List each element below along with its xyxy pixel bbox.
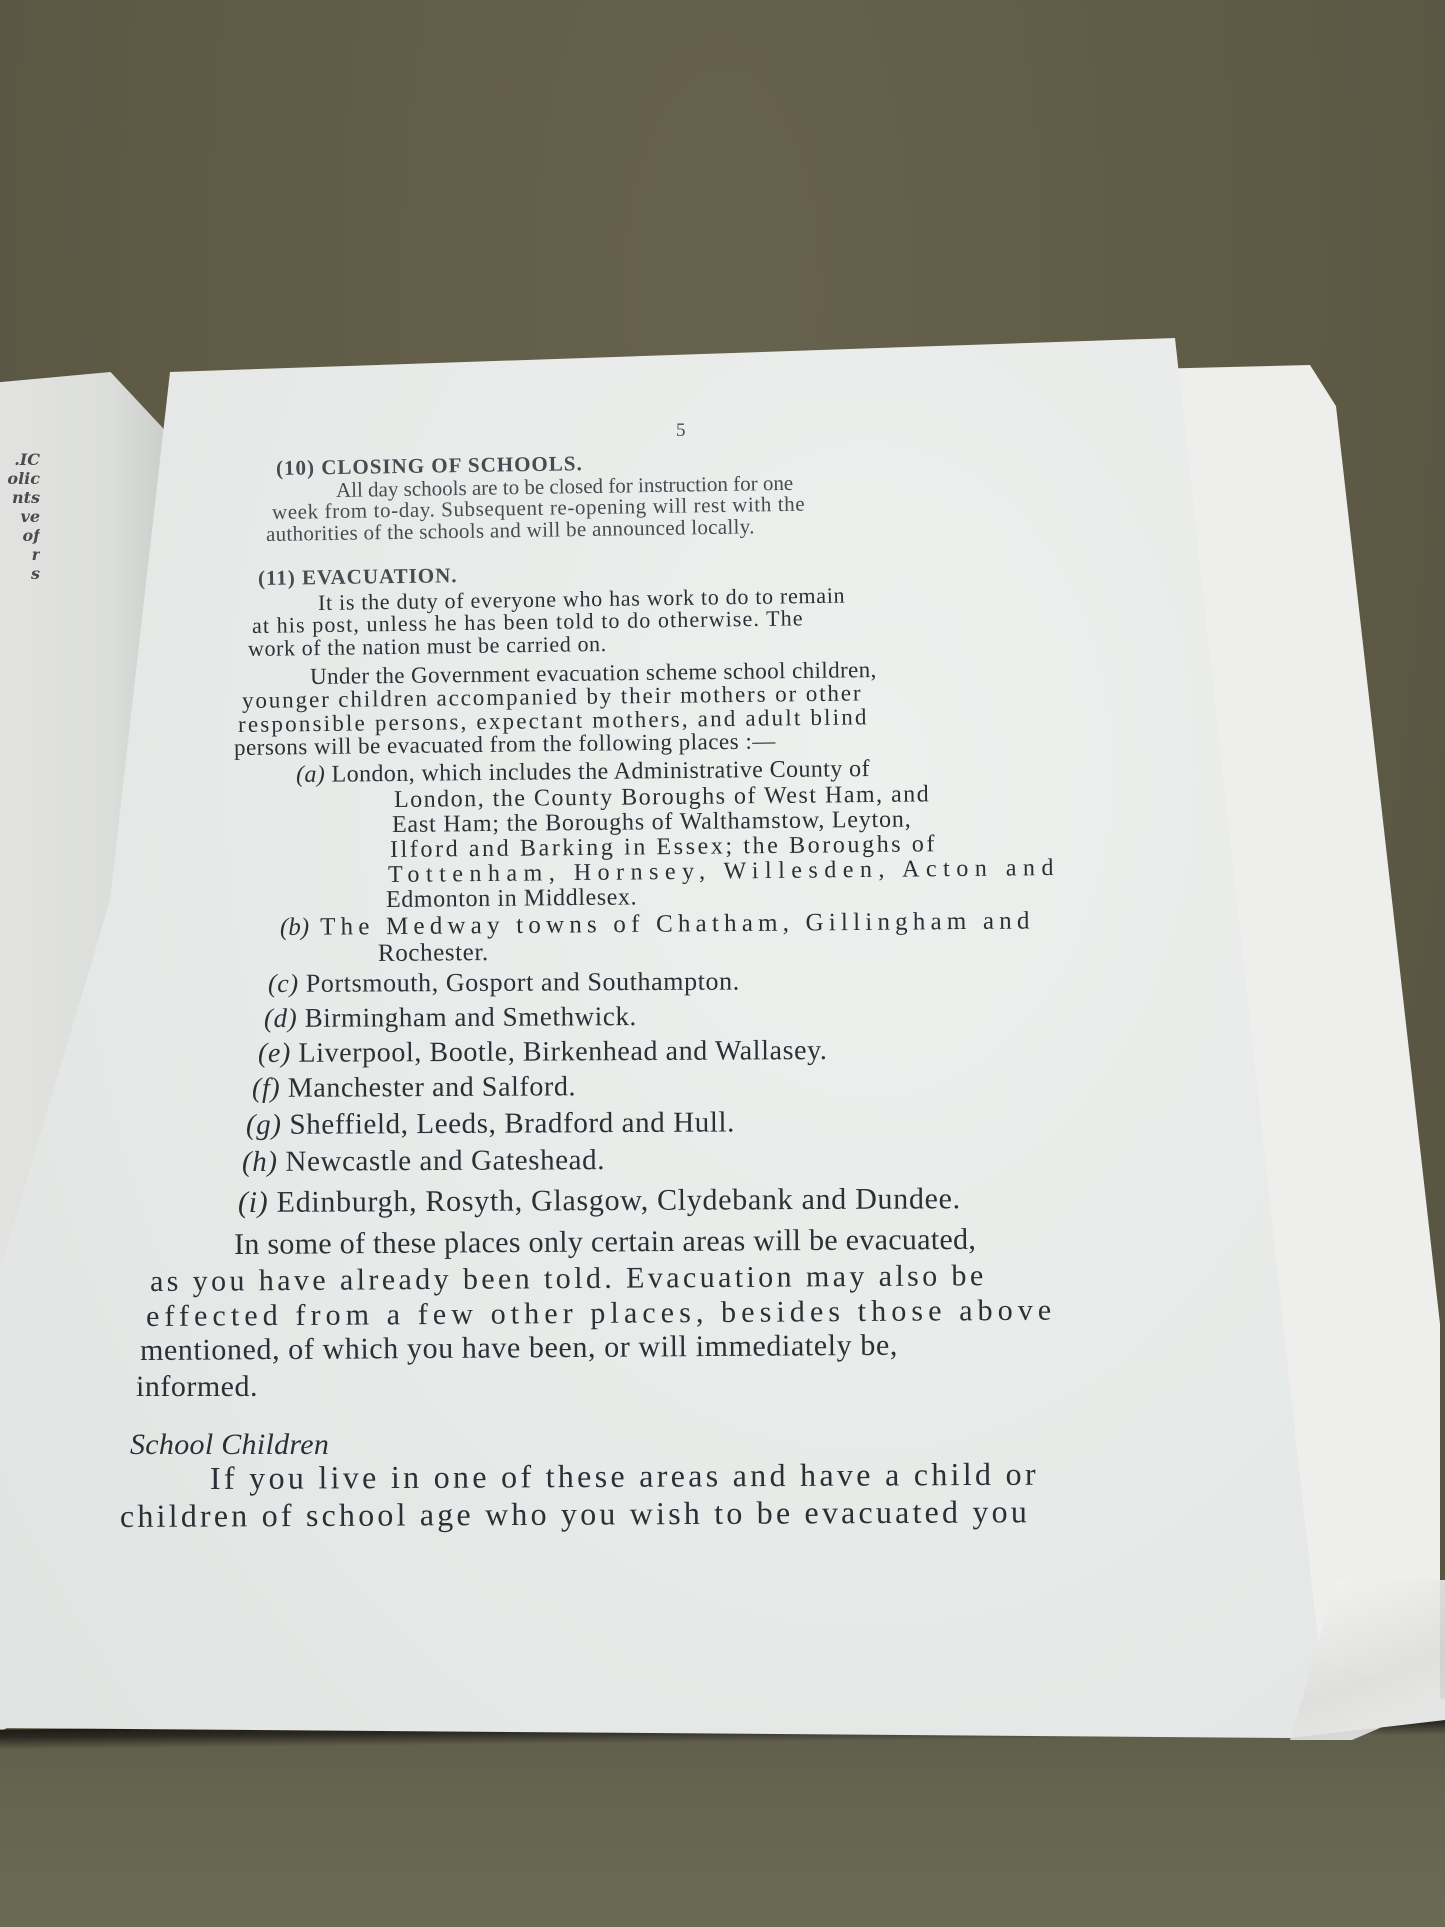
text-line: effected from a few other places, beside… <box>146 1294 1057 1334</box>
place-text: Birmingham and Smethwick. <box>305 1001 637 1033</box>
place-item-h: (h) Newcastle and Gateshead. <box>242 1144 605 1179</box>
text-line: mentioned, of which you have been, or wi… <box>140 1329 898 1368</box>
subheading-school-children: School Children <box>130 1428 329 1462</box>
place-text: Edinburgh, Rosyth, Glasgow, Clydebank an… <box>277 1182 961 1219</box>
text-line: Rochester. <box>378 939 489 968</box>
place-label: (a) <box>296 762 325 789</box>
place-text: Newcastle and Gateshead. <box>285 1144 605 1178</box>
place-item-i: (i) Edinburgh, Rosyth, Glasgow, Clydeban… <box>238 1182 961 1220</box>
place-text: Sheffield, Leeds, Bradford and Hull. <box>289 1106 735 1140</box>
text-line: as you have already been told. Evacuatio… <box>150 1259 987 1299</box>
place-item-g: (g) Sheffield, Leeds, Bradford and Hull. <box>246 1106 735 1142</box>
place-text-line: The Medway towns of Chatham, Gillingham … <box>320 907 1035 940</box>
place-label: (i) <box>238 1186 269 1220</box>
place-label: (d) <box>264 1003 297 1034</box>
place-label: (c) <box>268 969 299 999</box>
text-line: children of school age who you wish to b… <box>120 1493 1030 1535</box>
text-line: In some of these places only certain are… <box>234 1223 976 1262</box>
place-item-b: (b) The Medway towns of Chatham, Gilling… <box>280 907 1035 942</box>
place-text: Liverpool, Bootle, Birkenhead and Wallas… <box>298 1035 827 1069</box>
left-page-fragment: olic <box>0 469 40 488</box>
place-item-c: (c) Portsmouth, Gosport and Southampton. <box>268 967 740 999</box>
place-item-f: (f) Manchester and Salford. <box>252 1071 576 1105</box>
place-text: Portsmouth, Gosport and Southampton. <box>306 967 740 998</box>
section-heading-evacuation: (11) EVACUATION. <box>258 563 458 591</box>
left-page-fragment: nts <box>0 488 40 507</box>
text-line: persons will be evacuated from the follo… <box>234 728 776 761</box>
place-label: (g) <box>246 1109 282 1142</box>
place-label: (h) <box>242 1146 278 1179</box>
place-item-d: (d) Birmingham and Smethwick. <box>264 1001 637 1034</box>
text-line: Edmonton in Middlesex. <box>386 884 637 914</box>
text-line: informed. <box>136 1370 258 1404</box>
text-line: work of the nation must be carried on. <box>248 631 607 662</box>
place-label: (e) <box>258 1038 291 1070</box>
left-page-fragment: of <box>0 526 40 545</box>
place-label: (f) <box>252 1073 280 1105</box>
place-item-e: (e) Liverpool, Bootle, Birkenhead and Wa… <box>258 1035 828 1070</box>
left-page-fragment: s <box>0 564 40 583</box>
text-line: If you live in one of these areas and ha… <box>210 1456 1039 1497</box>
left-page-fragment: ve <box>0 507 40 526</box>
left-page-fragment: r <box>0 545 40 564</box>
page-number: 5 <box>676 420 686 442</box>
text-line: Tottenham, Hornsey, Willesden, Acton and <box>388 855 1060 889</box>
place-label: (b) <box>280 914 309 942</box>
left-page-fragment: IC. <box>0 450 40 469</box>
place-text: Manchester and Salford. <box>288 1071 576 1104</box>
